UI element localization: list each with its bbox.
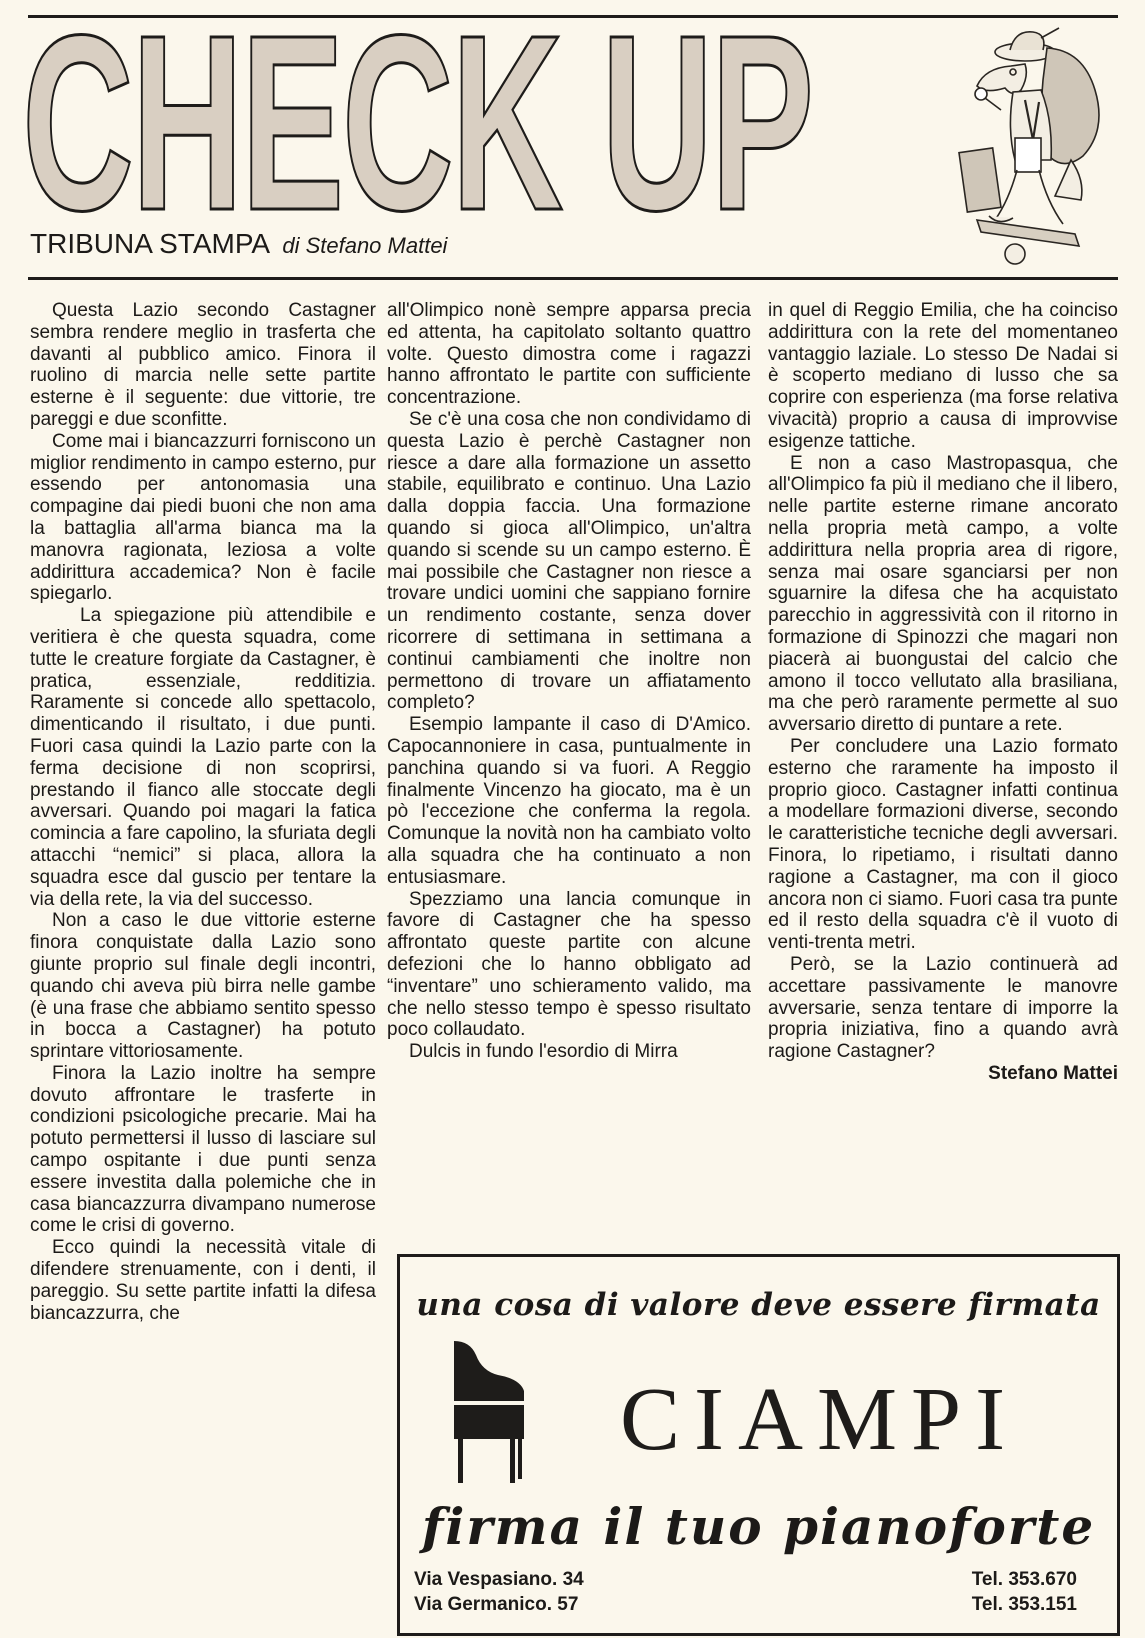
byline: di Stefano Mattei [282,233,447,258]
article-column-1: Questa Lazio secondo Castagner sembra re… [30,300,376,1324]
masthead-title: CHECK UP [22,18,812,228]
paragraph: all'Olimpico nonè sempre apparsa precia … [387,300,751,409]
paragraph: Finora la Lazio inoltre ha sempre dovuto… [30,1063,376,1237]
article-column-2: all'Olimpico nonè sempre apparsa precia … [387,300,751,1063]
paragraph: La spiegazione più attendibile e veritie… [30,605,376,910]
ad-addresses: Via Vespasiano. 34 Via Germanico. 57 [414,1567,584,1617]
ad-brand-name: CIAMPI [620,1375,1019,1465]
ad-phone: Tel. 353.670 [972,1567,1077,1592]
ad-address: Via Vespasiano. 34 [414,1567,584,1592]
author-signature: Stefano Mattei [768,1063,1118,1085]
paragraph: in quel di Reggio Emilia, che ha coincis… [768,300,1118,453]
paragraph: Questa Lazio secondo Castagner sembra re… [30,300,376,431]
paragraph: Ecco quindi la necessità vitale di difen… [30,1237,376,1324]
paragraph: Per concludere una Lazio formato esterno… [768,736,1118,954]
paragraph: E non a caso Mastropasqua, che all'Olimp… [768,453,1118,736]
ad-tagline: una cosa di valore deve essere firmata [414,1287,1103,1323]
cartoon-reporter-illustration-icon [955,20,1115,272]
ad-phone: Tel. 353.151 [972,1592,1077,1617]
ad-address: Via Germanico. 57 [414,1592,584,1617]
section-name: TRIBUNA STAMPA [30,228,269,259]
section-subtitle: TRIBUNA STAMPA di Stefano Mattei [30,228,447,262]
ciampi-advertisement: una cosa di valore deve essere firmata C… [397,1254,1120,1636]
paragraph: Però, se la Lazio continuerà ad accettar… [768,954,1118,1063]
header-bottom-rule [28,277,1118,280]
grand-piano-icon [450,1341,540,1486]
article-column-3: in quel di Reggio Emilia, che ha coincis… [768,300,1118,1085]
paragraph: Esempio lampante il caso di D'Amico. Cap… [387,714,751,888]
paragraph: Se c'è una cosa che non condividamo di q… [387,409,751,714]
ad-slogan: firma il tuo pianoforte [410,1497,1107,1556]
paragraph: Non a caso le due vittorie esterne finor… [30,910,376,1063]
paragraph: Dulcis in fundo l'esordio di Mirra [387,1041,751,1063]
paragraph: Spezziamo una lancia comunque in favore … [387,889,751,1042]
ad-phones: Tel. 353.670 Tel. 353.151 [972,1567,1077,1617]
paragraph: Come mai i biancazzurri forniscono un mi… [30,431,376,605]
